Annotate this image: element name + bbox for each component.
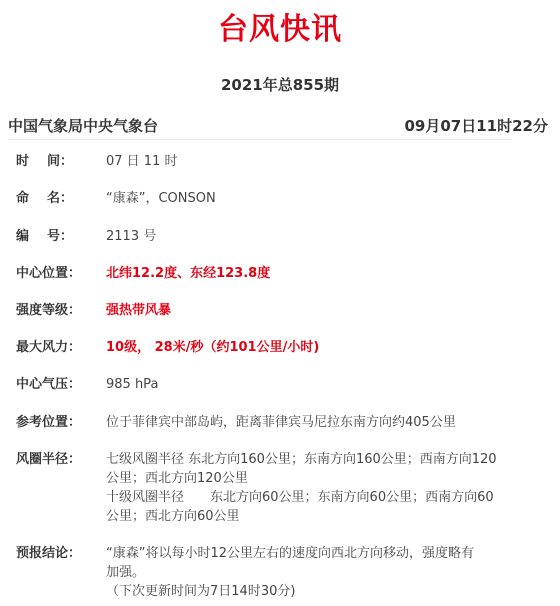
field-center-pressure: 中心气压： 985 hPa (16, 375, 546, 394)
field-value: 七级风圈半径 东北方向160公里；东南方向160公里；西南方向120 公里；西北… (100, 450, 546, 526)
field-center-position: 中心位置： 北纬12.2度、东经123.8度 (16, 264, 546, 283)
bulletin-header-row: 中国气象局中央气象台 09月07日11时22分 (8, 113, 548, 137)
field-label: 预报结论： (16, 544, 100, 601)
wind-radius-line: 十级风圈半径 东北方向60公里；东南方向60公里；西南方向60 (106, 488, 546, 507)
field-time: 时间： 07 日 11 时 (16, 152, 546, 171)
field-max-wind: 最大风力： 10级， 28米/秒（约101公里/小时) (16, 338, 546, 357)
next-update-line: （下次更新时间为7日14时30分) (106, 582, 546, 601)
field-label: 参考位置： (16, 413, 100, 432)
field-value: “康森”，CONSON (100, 189, 546, 208)
field-label: 风圈半径： (16, 450, 100, 526)
forecast-line: “康森”将以每小时12公里左右的速度向西北方向移动，强度略有 (106, 544, 546, 563)
field-forecast: 预报结论： “康森”将以每小时12公里左右的速度向西北方向移动，强度略有 加强。… (16, 544, 546, 601)
wind-radius-line: 公里；西北方向120公里 (106, 469, 546, 488)
field-value: 强热带风暴 (100, 301, 546, 320)
field-reference-position: 参考位置： 位于菲律宾中部岛屿，距离菲律宾马尼拉东南方向约405公里 (16, 413, 546, 432)
field-value: 10级， 28米/秒（约101公里/小时) (100, 338, 546, 357)
field-value: “康森”将以每小时12公里左右的速度向西北方向移动，强度略有 加强。 （下次更新… (100, 544, 546, 601)
header-divider (8, 139, 512, 140)
field-value: 北纬12.2度、东经123.8度 (100, 264, 546, 283)
bulletin-title: 台风快讯 (0, 10, 560, 50)
wind-radius-line: 公里；西北方向60公里 (106, 507, 546, 526)
forecast-line: 加强。 (106, 563, 546, 582)
field-label: 编号： (16, 227, 100, 246)
wind-radius-line: 七级风圈半径 东北方向160公里；东南方向160公里；西南方向120 (106, 450, 546, 469)
field-label: 命名： (16, 189, 100, 208)
field-name: 命名： “康森”，CONSON (16, 189, 546, 208)
field-value: 985 hPa (100, 375, 546, 394)
publish-time: 09月07日11时22分 (405, 115, 549, 136)
field-wind-radius: 风圈半径： 七级风圈半径 东北方向160公里；东南方向160公里；西南方向120… (16, 450, 546, 526)
field-number: 编号： 2113 号 (16, 227, 546, 246)
issue-number: 2021年总855期 (0, 74, 560, 96)
field-value: 位于菲律宾中部岛屿，距离菲律宾马尼拉东南方向约405公里 (100, 413, 546, 432)
field-label: 强度等级： (16, 301, 100, 320)
field-value: 07 日 11 时 (100, 152, 546, 171)
field-value: 2113 号 (100, 227, 546, 246)
publisher: 中国气象局中央气象台 (8, 115, 158, 136)
field-label: 中心位置： (16, 264, 100, 283)
field-intensity-level: 强度等级： 强热带风暴 (16, 301, 546, 320)
field-label: 最大风力： (16, 338, 100, 357)
field-label: 中心气压： (16, 375, 100, 394)
field-label: 时间： (16, 152, 100, 171)
